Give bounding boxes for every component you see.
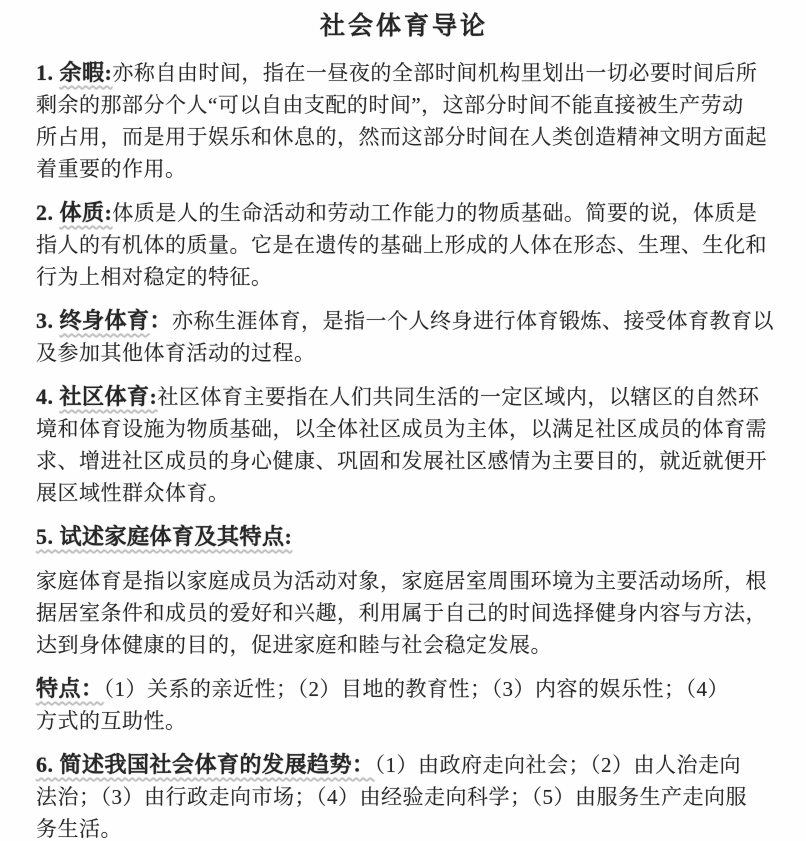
text-run: 3. bbox=[36, 308, 60, 333]
text-line: 特点：（1）关系的亲近性；（2）目地的教育性；（3）内容的娱乐性；（4） bbox=[36, 673, 772, 705]
text-line: 剩余的那部分个人“可以自由支配的时间”，这部分时间不能直接被生产劳动 bbox=[36, 89, 772, 121]
text-run: 亦称生涯体育，是指一个人终身进行体育锻炼、接受体育教育以 bbox=[172, 309, 774, 333]
key-term: 体质: bbox=[60, 200, 113, 225]
text-line: 法治；（3）由行政走向市场；（4）由经验走向科学；（5）由服务生产走向服 bbox=[36, 781, 772, 813]
text-line: 指人的有机体的质量。它是在遗传的基础上形成的人体在形态、生理、生化和 bbox=[36, 229, 772, 261]
text-line: 及参加其他体育活动的过程。 bbox=[36, 337, 772, 369]
text-run: 1. bbox=[36, 60, 60, 85]
paragraph: 4. 社区体育:社区体育主要指在人们共同生活的一定区域内，以辖区的自然环境和体育… bbox=[36, 381, 772, 509]
text-line: 境和体育设施为物质基础，以全体社区成员为主体，以满足社区成员的体育需 bbox=[36, 413, 772, 445]
text-run: 行为上相对稳定的特征。 bbox=[36, 265, 273, 289]
text-run: 及参加其他体育活动的过程。 bbox=[36, 341, 316, 365]
text-run: 社区体育主要指在人们共同生活的一定区域内，以辖区的自然环 bbox=[157, 385, 759, 409]
text-line: 方式的互助性。 bbox=[36, 705, 772, 737]
key-term: 特点： bbox=[36, 676, 104, 701]
text-run: 剩余的那部分个人“可以自由支配的时间”，这部分时间不能直接被生产劳动 bbox=[36, 93, 744, 117]
document-body: 1. 余暇:亦称自由时间，指在一昼夜的全部时间机构里划出一切必要时间后所剩余的那… bbox=[36, 57, 772, 841]
text-run: 境和体育设施为物质基础，以全体社区成员为主体，以满足社区成员的体育需 bbox=[36, 417, 767, 441]
key-term: 社区体育: bbox=[60, 384, 158, 409]
text-line: 达到身体健康的目的，促进家庭和睦与社会稳定发展。 bbox=[36, 629, 772, 661]
text-run: （1）关系的亲近性；（2）目地的教育性；（3）内容的娱乐性；（4） bbox=[104, 677, 730, 701]
text-run: 求、增进社区成员的身心健康、巩固和发展社区感情为主要目的，就近就便开 bbox=[36, 449, 767, 473]
text-run: 家庭体育是指以家庭成员为活动对象，家庭居室周围环境为主要活动场所，根 bbox=[36, 569, 767, 593]
text-line: 5. 试述家庭体育及其特点: bbox=[36, 521, 772, 553]
text-run: 2. bbox=[36, 200, 60, 225]
document-title: 社会体育导论 bbox=[36, 6, 772, 42]
text-line: 2. 体质:体质是人的生命活动和劳动工作能力的物质基础。简要的说，体质是 bbox=[36, 197, 772, 229]
key-term: 余暇: bbox=[60, 60, 113, 85]
text-line: 展区域性群众体育。 bbox=[36, 477, 772, 509]
text-line: 家庭体育是指以家庭成员为活动对象，家庭居室周围环境为主要活动场所，根 bbox=[36, 565, 772, 597]
text-run: 亦称自由时间，指在一昼夜的全部时间机构里划出一切必要时间后所 bbox=[112, 61, 757, 85]
paragraph: 特点：（1）关系的亲近性；（2）目地的教育性；（3）内容的娱乐性；（4）方式的互… bbox=[36, 673, 772, 737]
text-line: 1. 余暇:亦称自由时间，指在一昼夜的全部时间机构里划出一切必要时间后所 bbox=[36, 57, 772, 89]
text-run: 法治；（3）由行政走向市场；（4）由经验走向科学；（5）由服务生产走向服 bbox=[36, 785, 747, 809]
text-line: 3. 终身体育：亦称生涯体育，是指一个人终身进行体育锻炼、接受体育教育以 bbox=[36, 305, 772, 337]
key-term: 5. 试述家庭体育及其特点: bbox=[36, 524, 292, 549]
paragraph: 1. 余暇:亦称自由时间，指在一昼夜的全部时间机构里划出一切必要时间后所剩余的那… bbox=[36, 57, 772, 185]
text-line: 据居室条件和成员的爱好和兴趣，利用属于自己的时间选择健身内容与方法， bbox=[36, 597, 772, 629]
text-run: 4. bbox=[36, 384, 60, 409]
text-run: 体质是人的生命活动和劳动工作能力的物质基础。简要的说，体质是 bbox=[112, 201, 757, 225]
key-term: 终身体育 bbox=[60, 308, 150, 333]
text-run: 展区域性群众体育。 bbox=[36, 481, 230, 505]
paragraph: 2. 体质:体质是人的生命活动和劳动工作能力的物质基础。简要的说，体质是指人的有… bbox=[36, 197, 772, 293]
text-line: 所占用，而是用于娱乐和休息的，然而这部分时间在人类创造精神文明方面起 bbox=[36, 121, 772, 153]
text-run: 据居室条件和成员的爱好和兴趣，利用属于自己的时间选择健身内容与方法， bbox=[36, 601, 767, 625]
paragraph: 3. 终身体育：亦称生涯体育，是指一个人终身进行体育锻炼、接受体育教育以及参加其… bbox=[36, 305, 772, 369]
text-run: 所占用，而是用于娱乐和休息的，然而这部分时间在人类创造精神文明方面起 bbox=[36, 125, 767, 149]
text-run: 达到身体健康的目的，促进家庭和睦与社会稳定发展。 bbox=[36, 633, 552, 657]
paragraph: 家庭体育是指以家庭成员为活动对象，家庭居室周围环境为主要活动场所，根据居室条件和… bbox=[36, 565, 772, 661]
text-run: （1）由政府走向社会；（2）由人治走向 bbox=[375, 753, 742, 777]
text-run: 指人的有机体的质量。它是在遗传的基础上形成的人体在形态、生理、生化和 bbox=[36, 233, 767, 257]
text-line: 着重要的作用。 bbox=[36, 153, 772, 185]
text-line: 6. 简述我国社会体育的发展趋势：（1）由政府走向社会；（2）由人治走向 bbox=[36, 749, 772, 781]
text-line: 求、增进社区成员的身心健康、巩固和发展社区感情为主要目的，就近就便开 bbox=[36, 445, 772, 477]
paragraph: 5. 试述家庭体育及其特点: bbox=[36, 521, 772, 553]
text-line: 行为上相对稳定的特征。 bbox=[36, 261, 772, 293]
text-run: 方式的互助性。 bbox=[36, 709, 187, 733]
key-term: 6. 简述我国社会体育的发展趋势： bbox=[36, 752, 375, 777]
text-run: 着重要的作用。 bbox=[36, 157, 187, 181]
paragraph: 6. 简述我国社会体育的发展趋势：（1）由政府走向社会；（2）由人治走向法治；（… bbox=[36, 749, 772, 841]
document-page: 社会体育导论 1. 余暇:亦称自由时间，指在一昼夜的全部时间机构里划出一切必要时… bbox=[0, 0, 806, 841]
text-run: ： bbox=[150, 308, 173, 333]
text-line: 4. 社区体育:社区体育主要指在人们共同生活的一定区域内，以辖区的自然环 bbox=[36, 381, 772, 413]
text-line: 务生活。 bbox=[36, 813, 772, 841]
text-run: 务生活。 bbox=[36, 817, 122, 841]
